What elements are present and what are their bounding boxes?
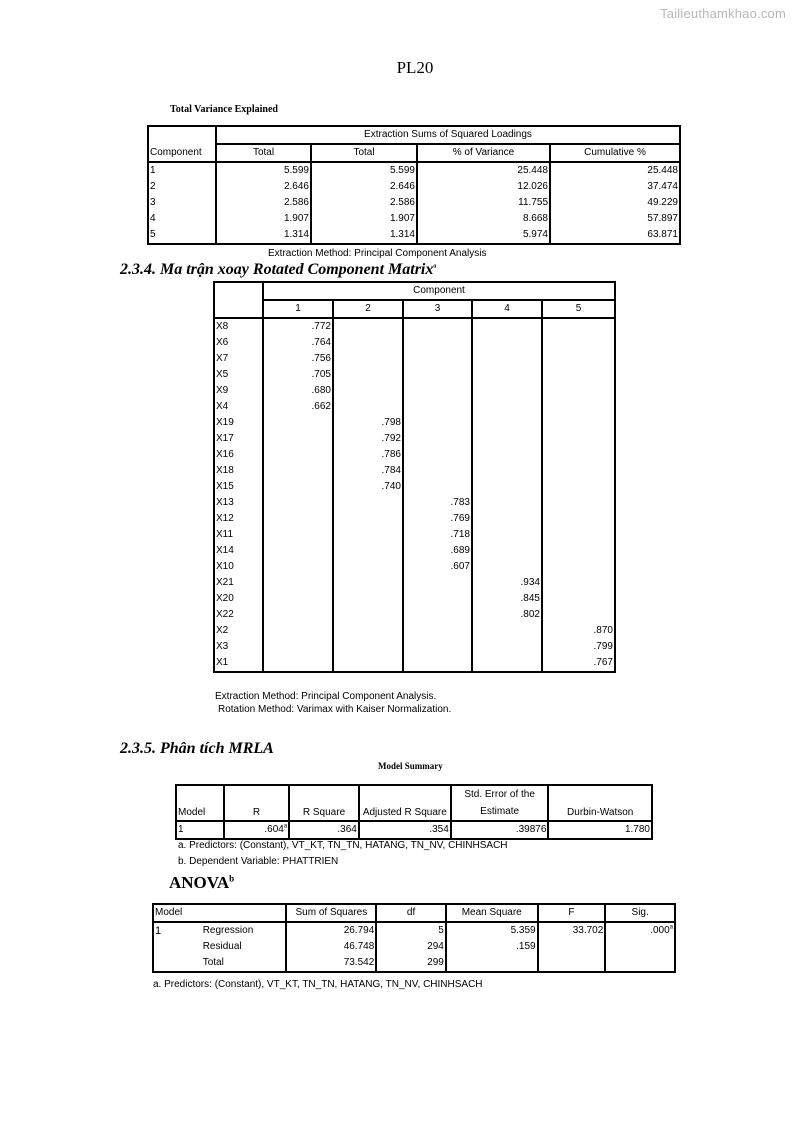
cell-mean-square bbox=[446, 955, 538, 972]
cell-total-1: 1.314 bbox=[216, 227, 311, 244]
cell-f: 33.702 bbox=[538, 922, 606, 939]
table-row: X20.845 bbox=[214, 591, 615, 607]
loading-cell: .870 bbox=[542, 623, 615, 639]
row-label: X5 bbox=[214, 367, 263, 383]
anova-header-f: F bbox=[538, 904, 606, 922]
loading-cell bbox=[263, 415, 333, 431]
loading-cell bbox=[472, 431, 542, 447]
loading-cell bbox=[472, 447, 542, 463]
table-row: X5.705 bbox=[214, 367, 615, 383]
cell-source: Residual bbox=[197, 939, 287, 955]
loading-cell bbox=[472, 655, 542, 672]
cell-model: 1 bbox=[153, 922, 197, 939]
row-label: X2 bbox=[214, 623, 263, 639]
loading-cell bbox=[542, 463, 615, 479]
cell-model: 1 bbox=[176, 821, 224, 839]
cell-r: .604a bbox=[224, 821, 289, 839]
cell-total-2: 1.907 bbox=[311, 211, 417, 227]
loading-cell: .767 bbox=[542, 655, 615, 672]
table-row: 41.9071.9078.66857.897 bbox=[148, 211, 680, 227]
cell-durbin-watson: 1.780 bbox=[548, 821, 652, 839]
loading-cell bbox=[263, 575, 333, 591]
cell-total-1: 5.599 bbox=[216, 162, 311, 179]
loading-cell bbox=[472, 495, 542, 511]
loading-cell: .792 bbox=[333, 431, 403, 447]
header-std-error-line1: Std. Error of the bbox=[464, 789, 535, 800]
cell-cumulative: 63.871 bbox=[550, 227, 680, 244]
loading-cell bbox=[333, 639, 403, 655]
table-row: X6.764 bbox=[214, 335, 615, 351]
matrix-corner bbox=[214, 282, 263, 318]
loading-cell: .689 bbox=[403, 543, 472, 559]
table-row: X8.772 bbox=[214, 318, 615, 335]
cell-sig bbox=[605, 939, 675, 955]
row-label: X10 bbox=[214, 559, 263, 575]
table-row: Residual46.748294.159 bbox=[153, 939, 675, 955]
loading-cell bbox=[403, 431, 472, 447]
table-row: X13.783 bbox=[214, 495, 615, 511]
loading-cell bbox=[542, 543, 615, 559]
loading-cell bbox=[403, 639, 472, 655]
cell-model bbox=[153, 955, 197, 972]
cell-f bbox=[538, 939, 606, 955]
loading-cell bbox=[403, 447, 472, 463]
loading-cell bbox=[333, 623, 403, 639]
loading-cell bbox=[333, 527, 403, 543]
table-row: X16.786 bbox=[214, 447, 615, 463]
cell-df: 294 bbox=[376, 939, 446, 955]
cell-sum-of-squares: 73.542 bbox=[286, 955, 376, 972]
loading-cell bbox=[542, 431, 615, 447]
row-label: X6 bbox=[214, 335, 263, 351]
cell-sig-value: .000 bbox=[650, 925, 669, 936]
loading-cell bbox=[542, 399, 615, 415]
loading-cell bbox=[542, 575, 615, 591]
loading-cell bbox=[472, 623, 542, 639]
loading-cell bbox=[472, 511, 542, 527]
table-row: X1.767 bbox=[214, 655, 615, 672]
anova-title-text: ANOVA bbox=[169, 873, 229, 892]
loading-cell bbox=[263, 623, 333, 639]
total-variance-title: Total Variance Explained bbox=[170, 104, 278, 115]
loading-cell bbox=[403, 655, 472, 672]
loading-cell bbox=[333, 655, 403, 672]
header-durbin-watson: Durbin-Watson bbox=[548, 785, 652, 821]
header-total-1: Total bbox=[216, 144, 311, 162]
table-row: X9.680 bbox=[214, 383, 615, 399]
cell-mean-square: 5.359 bbox=[446, 922, 538, 939]
loading-cell: .783 bbox=[403, 495, 472, 511]
table-row: 51.3141.3145.97463.871 bbox=[148, 227, 680, 244]
loading-cell bbox=[333, 383, 403, 399]
loading-cell bbox=[333, 559, 403, 575]
row-label: X13 bbox=[214, 495, 263, 511]
loading-cell bbox=[472, 415, 542, 431]
loading-cell: .786 bbox=[333, 447, 403, 463]
header-cumulative: Cumulative % bbox=[550, 144, 680, 162]
table-row: X4.662 bbox=[214, 399, 615, 415]
loading-cell bbox=[333, 351, 403, 367]
cell-total-1: 2.586 bbox=[216, 195, 311, 211]
row-label: X16 bbox=[214, 447, 263, 463]
cell-total-2: 2.646 bbox=[311, 179, 417, 195]
cell-std-error: .39876 bbox=[451, 821, 549, 839]
row-label: X14 bbox=[214, 543, 263, 559]
row-label: X9 bbox=[214, 383, 263, 399]
loading-cell bbox=[542, 479, 615, 495]
row-label: X3 bbox=[214, 639, 263, 655]
loading-cell bbox=[263, 431, 333, 447]
header-component: Component bbox=[148, 126, 216, 162]
cell-component: 2 bbox=[148, 179, 216, 195]
loading-cell bbox=[472, 383, 542, 399]
cell-df: 299 bbox=[376, 955, 446, 972]
loading-cell bbox=[472, 351, 542, 367]
table-row: 1Regression26.79455.35933.702.000a bbox=[153, 922, 675, 939]
loading-cell: .764 bbox=[263, 335, 333, 351]
header-std-error-line2: Estimate bbox=[480, 806, 519, 817]
cell-cumulative: 57.897 bbox=[550, 211, 680, 227]
rotated-component-matrix-table: Component 12345 X8.772X6.764X7.756X5.705… bbox=[213, 281, 616, 673]
loading-cell bbox=[333, 575, 403, 591]
header-std-error: Std. Error of theEstimate bbox=[451, 785, 549, 821]
anova-header-ms: Mean Square bbox=[446, 904, 538, 922]
heading-superscript: a bbox=[433, 264, 436, 270]
anova-header-df: df bbox=[376, 904, 446, 922]
rotated-matrix-heading-text: 2.3.4. Ma trận xoay Rotated Component Ma… bbox=[120, 261, 433, 278]
table-row: X22.802 bbox=[214, 607, 615, 623]
cell-component: 4 bbox=[148, 211, 216, 227]
column-header-5: 5 bbox=[542, 300, 615, 318]
loading-cell bbox=[403, 367, 472, 383]
table-row: 15.5995.59925.44825.448 bbox=[148, 162, 680, 179]
row-label: X7 bbox=[214, 351, 263, 367]
loading-cell bbox=[472, 527, 542, 543]
loading-cell: .705 bbox=[263, 367, 333, 383]
loading-cell bbox=[542, 367, 615, 383]
header-model: Model bbox=[176, 785, 224, 821]
model-summary-title: Model Summary bbox=[378, 761, 443, 771]
cell-total-2: 5.599 bbox=[311, 162, 417, 179]
loading-cell: .845 bbox=[472, 591, 542, 607]
cell-source: Total bbox=[197, 955, 287, 972]
loading-cell bbox=[472, 335, 542, 351]
model-summary-table: Model R R Square Adjusted R Square Std. … bbox=[175, 784, 653, 840]
cell-component: 3 bbox=[148, 195, 216, 211]
loading-cell bbox=[263, 655, 333, 672]
loading-cell bbox=[403, 399, 472, 415]
cell-model bbox=[153, 939, 197, 955]
column-header-1: 1 bbox=[263, 300, 333, 318]
loading-cell: .798 bbox=[333, 415, 403, 431]
loading-cell bbox=[542, 559, 615, 575]
loading-cell bbox=[472, 639, 542, 655]
table-row: X11.718 bbox=[214, 527, 615, 543]
matrix-footnote-rotation: Rotation Method: Varimax with Kaiser Nor… bbox=[218, 704, 451, 715]
cell-f bbox=[538, 955, 606, 972]
loading-cell: .680 bbox=[263, 383, 333, 399]
loading-cell bbox=[333, 367, 403, 383]
anova-header-ss: Sum of Squares bbox=[286, 904, 376, 922]
loading-cell bbox=[403, 607, 472, 623]
row-label: X20 bbox=[214, 591, 263, 607]
table-row: 22.6462.64612.02637.474 bbox=[148, 179, 680, 195]
loading-cell bbox=[403, 415, 472, 431]
table-row: X3.799 bbox=[214, 639, 615, 655]
anova-title: ANOVAb bbox=[169, 873, 234, 893]
loading-cell bbox=[542, 527, 615, 543]
cell-sig bbox=[605, 955, 675, 972]
loading-cell bbox=[333, 335, 403, 351]
matrix-footnote-extraction: Extraction Method: Principal Component A… bbox=[215, 691, 436, 702]
total-variance-table: Component Extraction Sums of Squared Loa… bbox=[147, 125, 681, 245]
model-summary-note-b: b. Dependent Variable: PHATTRIEN bbox=[178, 856, 338, 867]
table-row: X15.740 bbox=[214, 479, 615, 495]
loading-cell bbox=[403, 463, 472, 479]
loading-cell bbox=[263, 559, 333, 575]
table-row: X14.689 bbox=[214, 543, 615, 559]
row-label: X18 bbox=[214, 463, 263, 479]
loading-cell bbox=[542, 495, 615, 511]
table-row: X19.798 bbox=[214, 415, 615, 431]
loading-cell bbox=[403, 318, 472, 335]
table-row: X17.792 bbox=[214, 431, 615, 447]
loading-cell: .756 bbox=[263, 351, 333, 367]
loading-cell bbox=[333, 543, 403, 559]
loading-cell bbox=[542, 335, 615, 351]
cell-total-2: 2.586 bbox=[311, 195, 417, 211]
cell-pct-variance: 11.755 bbox=[417, 195, 550, 211]
header-total-2: Total bbox=[311, 144, 417, 162]
header-r: R bbox=[224, 785, 289, 821]
cell-adj-r-square: .354 bbox=[359, 821, 451, 839]
row-label: X22 bbox=[214, 607, 263, 623]
loading-cell bbox=[263, 447, 333, 463]
loading-cell bbox=[472, 318, 542, 335]
anova-header-model: Model bbox=[153, 904, 286, 922]
loading-cell bbox=[403, 351, 472, 367]
row-label: X15 bbox=[214, 479, 263, 495]
loading-cell bbox=[263, 639, 333, 655]
anova-header-sig: Sig. bbox=[605, 904, 675, 922]
loading-cell: .802 bbox=[472, 607, 542, 623]
loading-cell bbox=[542, 415, 615, 431]
cell-r-sup: a bbox=[284, 824, 287, 830]
loading-cell bbox=[542, 607, 615, 623]
cell-sig-sup: a bbox=[670, 925, 673, 931]
cell-source: Regression bbox=[197, 922, 287, 939]
loading-cell bbox=[333, 591, 403, 607]
cell-df: 5 bbox=[376, 922, 446, 939]
loading-cell bbox=[472, 559, 542, 575]
column-header-3: 3 bbox=[403, 300, 472, 318]
header-pct-variance: % of Variance bbox=[417, 144, 550, 162]
cell-r-value: .604 bbox=[264, 824, 283, 835]
loading-cell bbox=[472, 399, 542, 415]
loading-cell bbox=[263, 495, 333, 511]
table-row: X7.756 bbox=[214, 351, 615, 367]
header-r-square: R Square bbox=[289, 785, 359, 821]
loading-cell: .769 bbox=[403, 511, 472, 527]
column-header-2: 2 bbox=[333, 300, 403, 318]
anova-table: Model Sum of Squares df Mean Square F Si… bbox=[152, 903, 676, 973]
loading-cell bbox=[403, 383, 472, 399]
loading-cell bbox=[403, 335, 472, 351]
total-variance-footnote: Extraction Method: Principal Component A… bbox=[268, 248, 486, 259]
loading-cell bbox=[542, 511, 615, 527]
loading-cell bbox=[333, 318, 403, 335]
row-label: X17 bbox=[214, 431, 263, 447]
loading-cell bbox=[542, 383, 615, 399]
cell-total-1: 2.646 bbox=[216, 179, 311, 195]
table-row: X18.784 bbox=[214, 463, 615, 479]
cell-cumulative: 25.448 bbox=[550, 162, 680, 179]
cell-pct-variance: 8.668 bbox=[417, 211, 550, 227]
loading-cell bbox=[263, 527, 333, 543]
cell-component: 5 bbox=[148, 227, 216, 244]
loading-cell: .784 bbox=[333, 463, 403, 479]
loading-cell bbox=[542, 351, 615, 367]
group-header-extraction: Extraction Sums of Squared Loadings bbox=[216, 126, 680, 144]
loading-cell bbox=[263, 479, 333, 495]
mrla-heading: 2.3.5. Phân tích MRLA bbox=[120, 740, 274, 758]
cell-sum-of-squares: 46.748 bbox=[286, 939, 376, 955]
cell-pct-variance: 5.974 bbox=[417, 227, 550, 244]
cell-total-2: 1.314 bbox=[311, 227, 417, 244]
row-label: X21 bbox=[214, 575, 263, 591]
cell-component: 1 bbox=[148, 162, 216, 179]
table-row: 1 .604a .364 .354 .39876 1.780 bbox=[176, 821, 652, 839]
cell-pct-variance: 12.026 bbox=[417, 179, 550, 195]
row-label: X4 bbox=[214, 399, 263, 415]
cell-cumulative: 37.474 bbox=[550, 179, 680, 195]
table-row: X21.934 bbox=[214, 575, 615, 591]
table-row: 32.5862.58611.75549.229 bbox=[148, 195, 680, 211]
table-row: X2.870 bbox=[214, 623, 615, 639]
cell-mean-square: .159 bbox=[446, 939, 538, 955]
row-label: X1 bbox=[214, 655, 263, 672]
row-label: X8 bbox=[214, 318, 263, 335]
model-summary-note-a: a. Predictors: (Constant), VT_KT, TN_TN,… bbox=[178, 840, 508, 851]
anova-note-a: a. Predictors: (Constant), VT_KT, TN_TN,… bbox=[153, 979, 483, 990]
group-header-component: Component bbox=[263, 282, 615, 300]
loading-cell bbox=[472, 463, 542, 479]
loading-cell bbox=[403, 575, 472, 591]
loading-cell bbox=[263, 463, 333, 479]
loading-cell bbox=[542, 318, 615, 335]
loading-cell bbox=[333, 399, 403, 415]
loading-cell bbox=[333, 511, 403, 527]
cell-sum-of-squares: 26.794 bbox=[286, 922, 376, 939]
cell-total-1: 1.907 bbox=[216, 211, 311, 227]
loading-cell bbox=[403, 623, 472, 639]
loading-cell: .607 bbox=[403, 559, 472, 575]
column-header-4: 4 bbox=[472, 300, 542, 318]
loading-cell bbox=[472, 543, 542, 559]
loading-cell: .718 bbox=[403, 527, 472, 543]
row-label: X19 bbox=[214, 415, 263, 431]
loading-cell: .772 bbox=[263, 318, 333, 335]
watermark: Tailieuthamkhao.com bbox=[660, 6, 786, 21]
loading-cell bbox=[472, 479, 542, 495]
page-number: PL20 bbox=[0, 58, 794, 78]
loading-cell bbox=[542, 447, 615, 463]
cell-pct-variance: 25.448 bbox=[417, 162, 550, 179]
cell-sig: .000a bbox=[605, 922, 675, 939]
row-label: X12 bbox=[214, 511, 263, 527]
rotated-matrix-heading: 2.3.4. Ma trận xoay Rotated Component Ma… bbox=[120, 261, 436, 279]
anova-title-sup: b bbox=[229, 873, 234, 883]
loading-cell bbox=[333, 607, 403, 623]
loading-cell bbox=[263, 511, 333, 527]
loading-cell: .662 bbox=[263, 399, 333, 415]
cell-cumulative: 49.229 bbox=[550, 195, 680, 211]
loading-cell bbox=[403, 591, 472, 607]
table-row: Total73.542299 bbox=[153, 955, 675, 972]
loading-cell: .934 bbox=[472, 575, 542, 591]
loading-cell bbox=[333, 495, 403, 511]
row-label: X11 bbox=[214, 527, 263, 543]
loading-cell bbox=[403, 479, 472, 495]
loading-cell bbox=[542, 591, 615, 607]
cell-r-square: .364 bbox=[289, 821, 359, 839]
loading-cell bbox=[263, 607, 333, 623]
table-row: X12.769 bbox=[214, 511, 615, 527]
loading-cell bbox=[263, 543, 333, 559]
table-row: X10.607 bbox=[214, 559, 615, 575]
loading-cell bbox=[472, 367, 542, 383]
loading-cell: .740 bbox=[333, 479, 403, 495]
header-adj-r-square: Adjusted R Square bbox=[359, 785, 451, 821]
loading-cell: .799 bbox=[542, 639, 615, 655]
loading-cell bbox=[263, 591, 333, 607]
